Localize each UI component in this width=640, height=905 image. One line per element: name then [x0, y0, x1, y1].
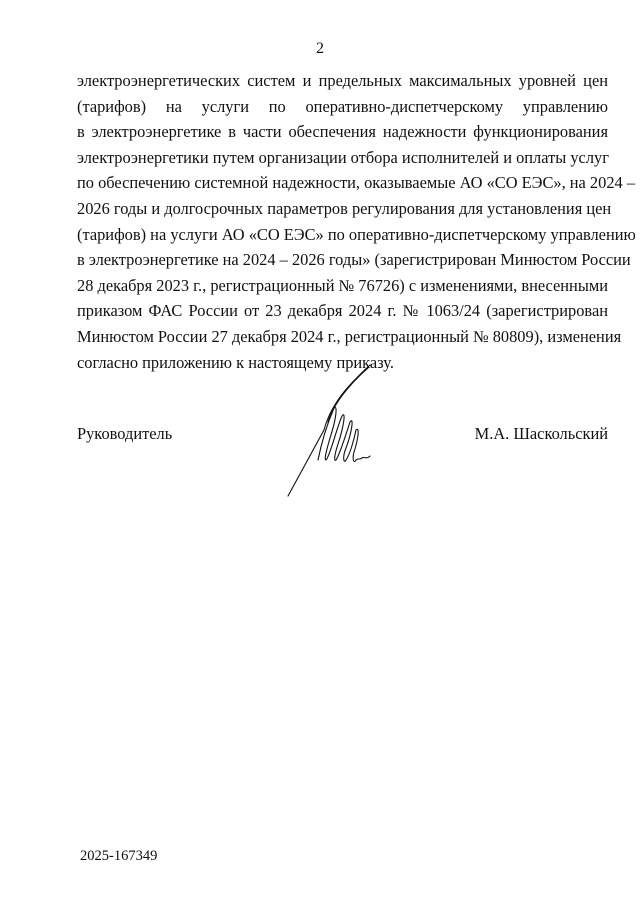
body-line: (тарифов) на услуги по оперативно-диспет…	[77, 94, 608, 120]
body-line: приказом ФАС России от 23 декабря 2024 г…	[77, 298, 608, 324]
body-line: 28 декабря 2023 г., регистрационный № 76…	[77, 273, 608, 299]
body-line: 2026 годы и долгосрочных параметров регу…	[77, 196, 608, 222]
document-id: 2025-167349	[80, 848, 157, 865]
body-text: электроэнергетических систем и предельны…	[77, 68, 608, 375]
signatory-title: Руководитель	[77, 424, 172, 444]
signature-icon	[284, 360, 374, 500]
body-line: Минюстом России 27 декабря 2024 г., реги…	[77, 324, 608, 350]
body-line: электроэнергетических систем и предельны…	[77, 68, 608, 94]
body-line: в электроэнергетике на 2024 – 2026 годы»…	[77, 247, 608, 273]
body-line: по обеспечению системной надежности, ока…	[77, 170, 608, 196]
body-line: (тарифов) на услуги АО «СО ЕЭС» по опера…	[77, 222, 608, 248]
page-number: 2	[0, 40, 640, 58]
signatory-name: М.А. Шаскольский	[475, 424, 608, 444]
body-line: в электроэнергетике в части обеспечения …	[77, 119, 608, 145]
body-line: электроэнергетики путем организации отбо…	[77, 145, 608, 171]
